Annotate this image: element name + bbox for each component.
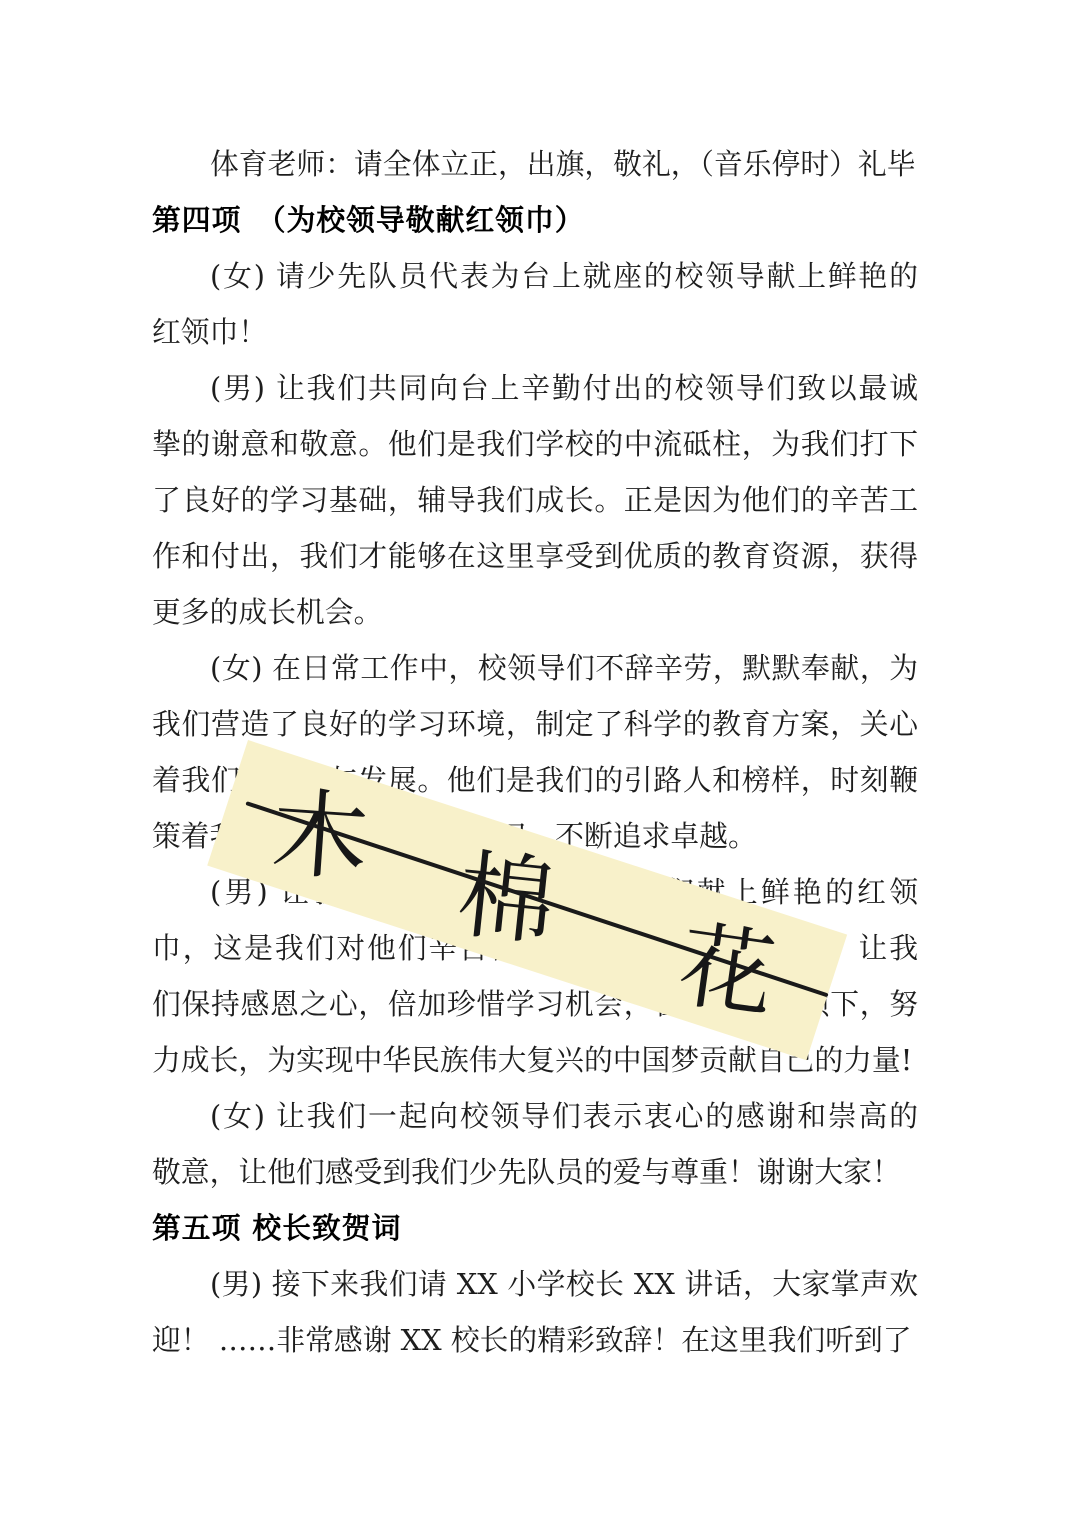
text-line: 迎！ ……非常感谢 XX 校长的精彩致辞！在这里我们听到了 [152,1312,918,1368]
text-line: (男) 接下来我们请 XX 小学校长 XX 讲话，大家掌声欢 [152,1256,918,1312]
text-line: 作和付出，我们才能够在这里享受到优质的教育资源，获得 [152,528,918,584]
text-line: 红领巾！ [152,304,918,360]
text-line: 了良好的学习基础，辅导我们成长。正是因为他们的辛苦工 [152,472,918,528]
watermark-character: 木 [269,785,371,887]
paragraph: (女) 请少先队员代表为台上就座的校领导献上鲜艳的 红领巾！ [152,248,918,360]
text-line: 敬意，让他们感受到我们少先队员的爱与尊重！谢谢大家！ [152,1144,918,1200]
paragraph: (男) 接下来我们请 XX 小学校长 XX 讲话，大家掌声欢 迎！ ……非常感谢… [152,1256,918,1368]
text-line: (女) 请少先队员代表为台上就座的校领导献上鲜艳的 [152,248,918,304]
text-line: 挚的谢意和敬意。他们是我们学校的中流砥柱，为我们打下 [152,416,918,472]
section-heading: 第五项 校长致贺词 [152,1200,918,1256]
section-heading: 第四项 （为校领导敬献红领巾） [152,192,918,248]
text-line: 我们营造了良好的学习环境，制定了科学的教育方案，关心 [152,696,918,752]
paragraph: (男) 让我们共同向台上辛勤付出的校领导们致以最诚 挚的谢意和敬意。他们是我们学… [152,360,918,640]
text-line: (女) 让我们一起向校领导们表示衷心的感谢和崇高的 [152,1088,918,1144]
paragraph: 体育老师：请全体立正，出旗，敬礼，（音乐停时）礼毕 [152,136,918,192]
text-line: 第四项 （为校领导敬献红领巾） [152,192,918,248]
text-line: (女) 在日常工作中，校领导们不辞辛劳，默默奉献，为 [152,640,918,696]
paragraph: (女) 让我们一起向校领导们表示衷心的感谢和崇高的 敬意，让他们感受到我们少先队… [152,1088,918,1200]
page: { "page": { "background": "#ffffff", "te… [0,0,1080,1528]
text-line: 第五项 校长致贺词 [152,1200,918,1256]
text-line: (男) 让我们共同向台上辛勤付出的校领导们致以最诚 [152,360,918,416]
text-line: 体育老师：请全体立正，出旗，敬礼，（音乐停时）礼毕 [152,136,918,192]
text-line: 更多的成长机会。 [152,584,918,640]
